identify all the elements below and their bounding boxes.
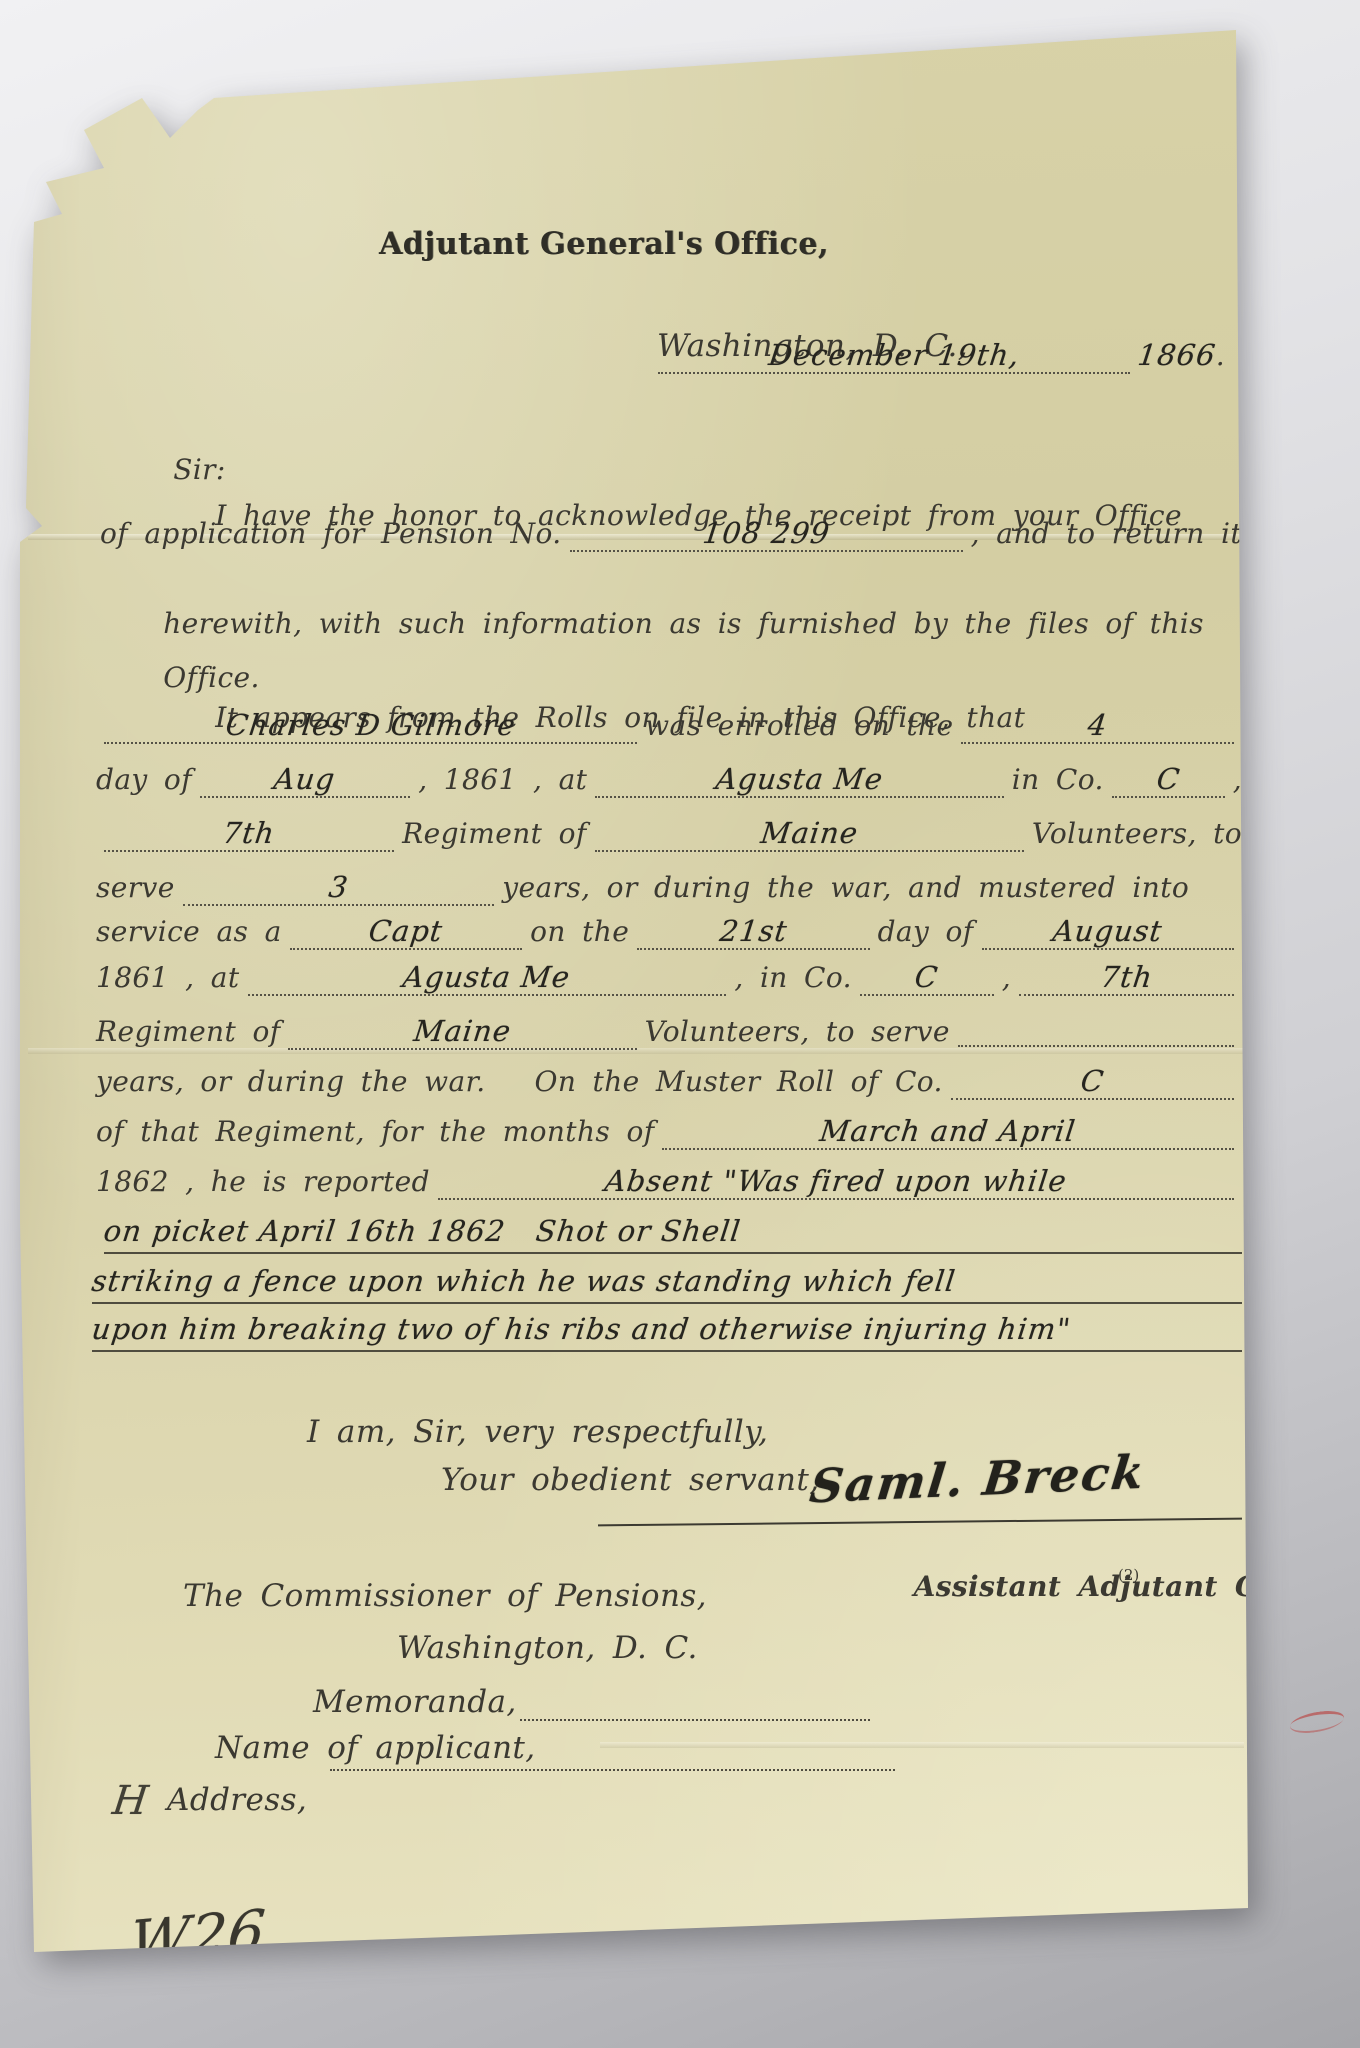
muster-roll-label: years, or during the war. On the Muster … bbox=[96, 1064, 943, 1100]
closing-line2-text: Your obedient servant, bbox=[441, 1462, 819, 1498]
serve-line: serve 3 years, or during the war, and mu… bbox=[96, 870, 1242, 906]
enroll-day-value: 4 bbox=[1086, 708, 1110, 742]
regiment-line: 7th Regiment of Maine Volunteers, to bbox=[96, 816, 1242, 852]
enroll-day-fill: 4 bbox=[961, 708, 1234, 744]
docket-mark-text: W26 bbox=[127, 1896, 269, 1977]
enroll-month-fill: Aug bbox=[200, 762, 410, 798]
enrolled-text: was enrolled on the bbox=[645, 708, 953, 744]
regiment-of-label: Regiment of bbox=[402, 816, 586, 852]
months-fill: March and April bbox=[662, 1114, 1234, 1150]
on-the-label: on the bbox=[530, 914, 629, 950]
rank-value: Capt bbox=[367, 914, 445, 948]
company2-fill: C bbox=[860, 960, 994, 996]
company-value: C bbox=[1155, 762, 1182, 796]
remark-line2-text: on picket April 16th 1862 Shot or Shell bbox=[102, 1214, 743, 1248]
paper-shadow: Adjutant General's Office, Washington, D… bbox=[0, 0, 1360, 2048]
enroll-place-line: day of Aug , 1861 , at Agusta Me in Co. … bbox=[96, 762, 1242, 798]
mustered-line: service as a Capt on the 21st day of Aug… bbox=[96, 914, 1242, 950]
year-at-label: , 1861 , at bbox=[418, 762, 587, 798]
regiment-no-fill: 7th bbox=[104, 816, 394, 852]
address-label-text: Address, bbox=[167, 1782, 307, 1818]
document-paper: Adjutant General's Office, Washington, D… bbox=[0, 0, 1360, 2048]
serve-label: serve bbox=[96, 870, 175, 906]
muster-place-fill: Agusta Me bbox=[248, 960, 727, 996]
months-label: of that Regiment, for the months of bbox=[96, 1114, 654, 1150]
enroll-place-value: Agusta Me bbox=[714, 762, 885, 796]
remark-line3: striking a fence upon which he was stand… bbox=[92, 1264, 1242, 1304]
muster-month-fill: August bbox=[982, 914, 1234, 950]
date-year: 1866 bbox=[1136, 338, 1218, 372]
in-co2-label: , in Co. bbox=[734, 960, 852, 996]
years-war-label: years, or during the war, and mustered i… bbox=[502, 870, 1189, 906]
docket-mark: W26 bbox=[43, 1827, 274, 2048]
fold-crease bbox=[600, 1742, 1244, 1748]
year-1861-label: 1861 , at bbox=[96, 960, 240, 996]
volunteers-to-label: Volunteers, to bbox=[1032, 816, 1242, 852]
regiment2-line: Regiment of Maine Volunteers, to serve bbox=[96, 1014, 1242, 1050]
date-handwritten: December 19th, bbox=[767, 338, 1022, 372]
reported-value: Absent "Was fired upon while bbox=[603, 1164, 1069, 1198]
date-line: December 19th, 1866 . bbox=[650, 338, 1225, 374]
muster-roll-line: years, or during the war. On the Muster … bbox=[96, 1064, 1242, 1100]
reported-label: 1862 , he is reported bbox=[96, 1164, 430, 1200]
pension-no-fill: 108 299 bbox=[570, 516, 963, 552]
para1-line2-suffix: , and to return it bbox=[971, 516, 1242, 552]
reported-line: 1862 , he is reported Absent "Was fired … bbox=[96, 1164, 1242, 1200]
pension-no-value: 108 299 bbox=[701, 516, 832, 550]
regiment-of2-label: Regiment of bbox=[96, 1014, 280, 1050]
muster-month-value: August bbox=[1051, 914, 1165, 948]
comma2: , bbox=[1002, 960, 1011, 996]
state-fill: Maine bbox=[595, 816, 1024, 852]
regiment-no2-fill: 7th bbox=[1019, 960, 1234, 996]
enroll-month-value: Aug bbox=[272, 762, 337, 796]
state2-value: Maine bbox=[412, 1014, 513, 1048]
reported-fill: Absent "Was fired upon while bbox=[438, 1164, 1234, 1200]
remark-line4: upon him breaking two of his ribs and ot… bbox=[92, 1312, 1242, 1352]
soldier-name-value: Charles D Gilmore bbox=[224, 708, 518, 742]
address-rule bbox=[330, 1769, 895, 1771]
in-co-label: in Co. bbox=[1012, 762, 1104, 798]
regiment-no-value: 7th bbox=[221, 816, 277, 850]
soldier-name-fill: Charles D Gilmore bbox=[104, 708, 637, 744]
day-of-label: day of bbox=[96, 762, 192, 798]
months-line: of that Regiment, for the months of Marc… bbox=[96, 1114, 1242, 1150]
serve-years2-fill bbox=[958, 1026, 1234, 1047]
state2-fill: Maine bbox=[288, 1014, 636, 1050]
enroll-place-fill: Agusta Me bbox=[595, 762, 1003, 798]
applicant-name-rule bbox=[520, 1719, 870, 1721]
signature: Saml. Breck bbox=[810, 1452, 1145, 1506]
day-of2-label: day of bbox=[878, 914, 974, 950]
signer-title: Assistant Adjutant General. bbox=[845, 1533, 1360, 1642]
muster-place-line: 1861 , at Agusta Me , in Co. C , 7th bbox=[96, 960, 1242, 996]
regiment-no2-value: 7th bbox=[1099, 960, 1155, 994]
office-title-text: Adjutant General's Office, bbox=[379, 226, 829, 262]
para1-line2: of application for Pension No. 108 299 ,… bbox=[100, 516, 1242, 552]
pension-no-label: of application for Pension No. bbox=[100, 516, 562, 552]
company2-value: C bbox=[913, 960, 940, 994]
company-fill: C bbox=[1112, 762, 1225, 798]
signature-text: Saml. Breck bbox=[807, 1445, 1148, 1514]
remark-line2: on picket April 16th 1862 Shot or Shell bbox=[104, 1214, 1242, 1254]
service-as-label: service as a bbox=[96, 914, 282, 950]
company3-value: C bbox=[1079, 1064, 1106, 1098]
serve-years-value: 3 bbox=[327, 870, 351, 904]
page-note: (2) bbox=[1118, 1566, 1139, 1584]
volunteers-serve2-label: Volunteers, to serve bbox=[645, 1014, 950, 1050]
rank-fill: Capt bbox=[290, 914, 522, 950]
enrolled-line: Charles D Gilmore was enrolled on the 4 bbox=[96, 708, 1242, 744]
office-title: Adjutant General's Office, bbox=[379, 226, 829, 262]
remark-line4-text: upon him breaking two of his ribs and ot… bbox=[90, 1312, 1073, 1346]
serve-years-fill: 3 bbox=[183, 870, 495, 906]
muster-place-value: Agusta Me bbox=[401, 960, 572, 994]
page-note-text: (2) bbox=[1118, 1566, 1139, 1584]
remark-line3-text: striking a fence upon which he was stand… bbox=[90, 1264, 958, 1298]
photo-backdrop: { "document": { "header": { "office_titl… bbox=[0, 0, 1360, 2048]
muster-day-fill: 21st bbox=[637, 914, 869, 950]
state-value: Maine bbox=[759, 816, 860, 850]
muster-day-value: 21st bbox=[718, 914, 790, 948]
comma: , bbox=[1233, 762, 1242, 798]
company3-fill: C bbox=[951, 1064, 1234, 1100]
months-value: March and April bbox=[818, 1114, 1078, 1148]
date-fill: December 19th, bbox=[658, 338, 1130, 374]
